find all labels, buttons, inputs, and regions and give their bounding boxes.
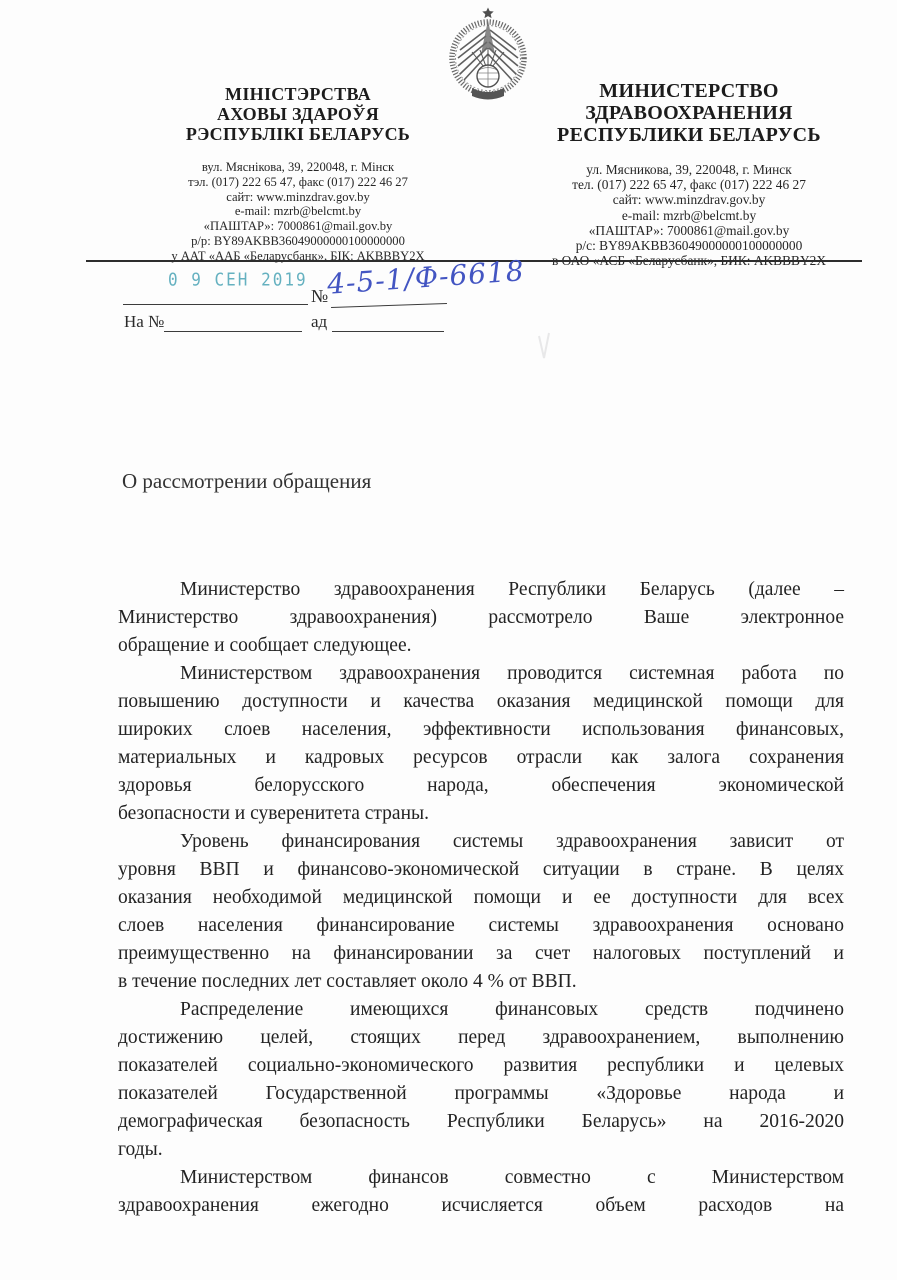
letter-body: Министерство здравоохранения Республики … — [118, 576, 844, 1220]
address-line: вул. Мяснікова, 39, 220048, г. Мінск — [88, 160, 508, 175]
ministry-name-by-line: МІНІСТЭРСТВА — [88, 84, 508, 104]
ministry-name-by-line: АХОВЫ ЗДАРОЎЯ — [88, 104, 508, 124]
reply-to-number-label: На № — [124, 312, 164, 332]
address-line: e-mail: mzrb@belcmt.by — [505, 208, 873, 223]
body-line: Распределение имеющихся финансовых средс… — [118, 996, 844, 1024]
body-line: в течение последних лет составляет около… — [118, 968, 844, 996]
address-line: ул. Мясникова, 39, 220048, г. Минск — [505, 162, 873, 177]
body-line: Уровень финансирования системы здравоохр… — [118, 828, 844, 856]
paragraph: Распределение имеющихся финансовых средс… — [118, 996, 844, 1164]
faint-pen-mark — [536, 330, 552, 369]
paragraph: Министерством здравоохранения проводится… — [118, 660, 844, 828]
address-line: р/с: BY89AKBB36049000000100000000 — [505, 238, 873, 253]
body-line: достижению целей, стоящих перед здравоох… — [118, 1024, 844, 1052]
date-blank-line — [123, 304, 308, 305]
body-line: безопасности и суверенитета страны. — [118, 800, 844, 828]
body-line: Министерство здравоохранения Республики … — [118, 576, 844, 604]
address-line: тэл. (017) 222 65 47, факс (017) 222 46 … — [88, 175, 508, 190]
address-line: e-mail: mzrb@belcmt.by — [88, 204, 508, 219]
body-line: слоев населения финансирование системы з… — [118, 912, 844, 940]
number-underline — [331, 303, 447, 308]
body-line: уровня ВВП и финансово-экономической сит… — [118, 856, 844, 884]
body-line: Министерство здравоохранения) рассмотрел… — [118, 604, 844, 632]
body-line: здоровья белорусского народа, обеспечени… — [118, 772, 844, 800]
address-line: «ПАШТАР»: 7000861@mail.gov.by — [88, 219, 508, 234]
address-line: сайт: www.minzdrav.gov.by — [88, 190, 508, 205]
reply-date-blank-line — [332, 331, 444, 332]
paragraph: Министерством финансов совместно с Минис… — [118, 1164, 844, 1220]
ministry-name-ru: МИНИСТЕРСТВО ЗДРАВООХРАНЕНИЯ РЕСПУБЛИКИ … — [505, 80, 873, 146]
body-line: показателей социально-экономического раз… — [118, 1052, 844, 1080]
letterhead-left-column: МІНІСТЭРСТВА АХОВЫ ЗДАРОЎЯ РЭСПУБЛІКІ БЕ… — [88, 84, 508, 264]
body-line: Министерством здравоохранения проводится… — [118, 660, 844, 688]
number-label: № — [311, 286, 328, 307]
address-line: р/р: BY89AKBB36049000000100000000 — [88, 234, 508, 249]
body-line: широких слоев населения, эффективности и… — [118, 716, 844, 744]
body-line: Министерством финансов совместно с Минис… — [118, 1164, 844, 1192]
letterhead-right-column: МИНИСТЕРСТВО ЗДРАВООХРАНЕНИЯ РЕСПУБЛИКИ … — [505, 80, 873, 268]
ministry-name-by: МІНІСТЭРСТВА АХОВЫ ЗДАРОЎЯ РЭСПУБЛІКІ БЕ… — [88, 84, 508, 144]
paragraph: Уровень финансирования системы здравоохр… — [118, 828, 844, 996]
address-line: сайт: www.minzdrav.gov.by — [505, 192, 873, 207]
body-line: оказания необходимой медицинской помощи … — [118, 884, 844, 912]
reply-date-label: ад — [311, 312, 327, 332]
reply-number-blank-line — [164, 331, 302, 332]
body-line: здравоохранения ежегодно исчисляется объ… — [118, 1192, 844, 1220]
body-line: повышению доступности и качества оказани… — [118, 688, 844, 716]
ministry-name-ru-line: РЕСПУБЛИКИ БЕЛАРУСЬ — [505, 124, 873, 146]
ministry-name-ru-line: МИНИСТЕРСТВО — [505, 80, 873, 102]
ministry-name-ru-line: ЗДРАВООХРАНЕНИЯ — [505, 102, 873, 124]
body-line: преимущественно на финансировании за сче… — [118, 940, 844, 968]
scanned-letter-page: МІНІСТЭРСТВА АХОВЫ ЗДАРОЎЯ РЭСПУБЛІКІ БЕ… — [0, 0, 897, 1280]
letter-subject: О рассмотрении обращения — [122, 469, 371, 494]
ministry-name-by-line: РЭСПУБЛІКІ БЕЛАРУСЬ — [88, 124, 508, 144]
date-stamp: 0 9 СЕН 2019 — [168, 269, 308, 290]
ministry-address-by: вул. Мяснікова, 39, 220048, г. Мінск тэл… — [88, 160, 508, 264]
body-line: обращение и сообщает следующее. — [118, 632, 844, 660]
body-line: показателей Государственной программы «З… — [118, 1080, 844, 1108]
address-line: «ПАШТАР»: 7000861@mail.gov.by — [505, 223, 873, 238]
paragraph: Министерство здравоохранения Республики … — [118, 576, 844, 660]
body-line: материальных и кадровых ресурсов отрасли… — [118, 744, 844, 772]
ministry-address-ru: ул. Мясникова, 39, 220048, г. Минск тел.… — [505, 162, 873, 268]
address-line: тел. (017) 222 65 47, факс (017) 222 46 … — [505, 177, 873, 192]
body-line: годы. — [118, 1136, 844, 1164]
body-line: демографическая безопасность Республики … — [118, 1108, 844, 1136]
